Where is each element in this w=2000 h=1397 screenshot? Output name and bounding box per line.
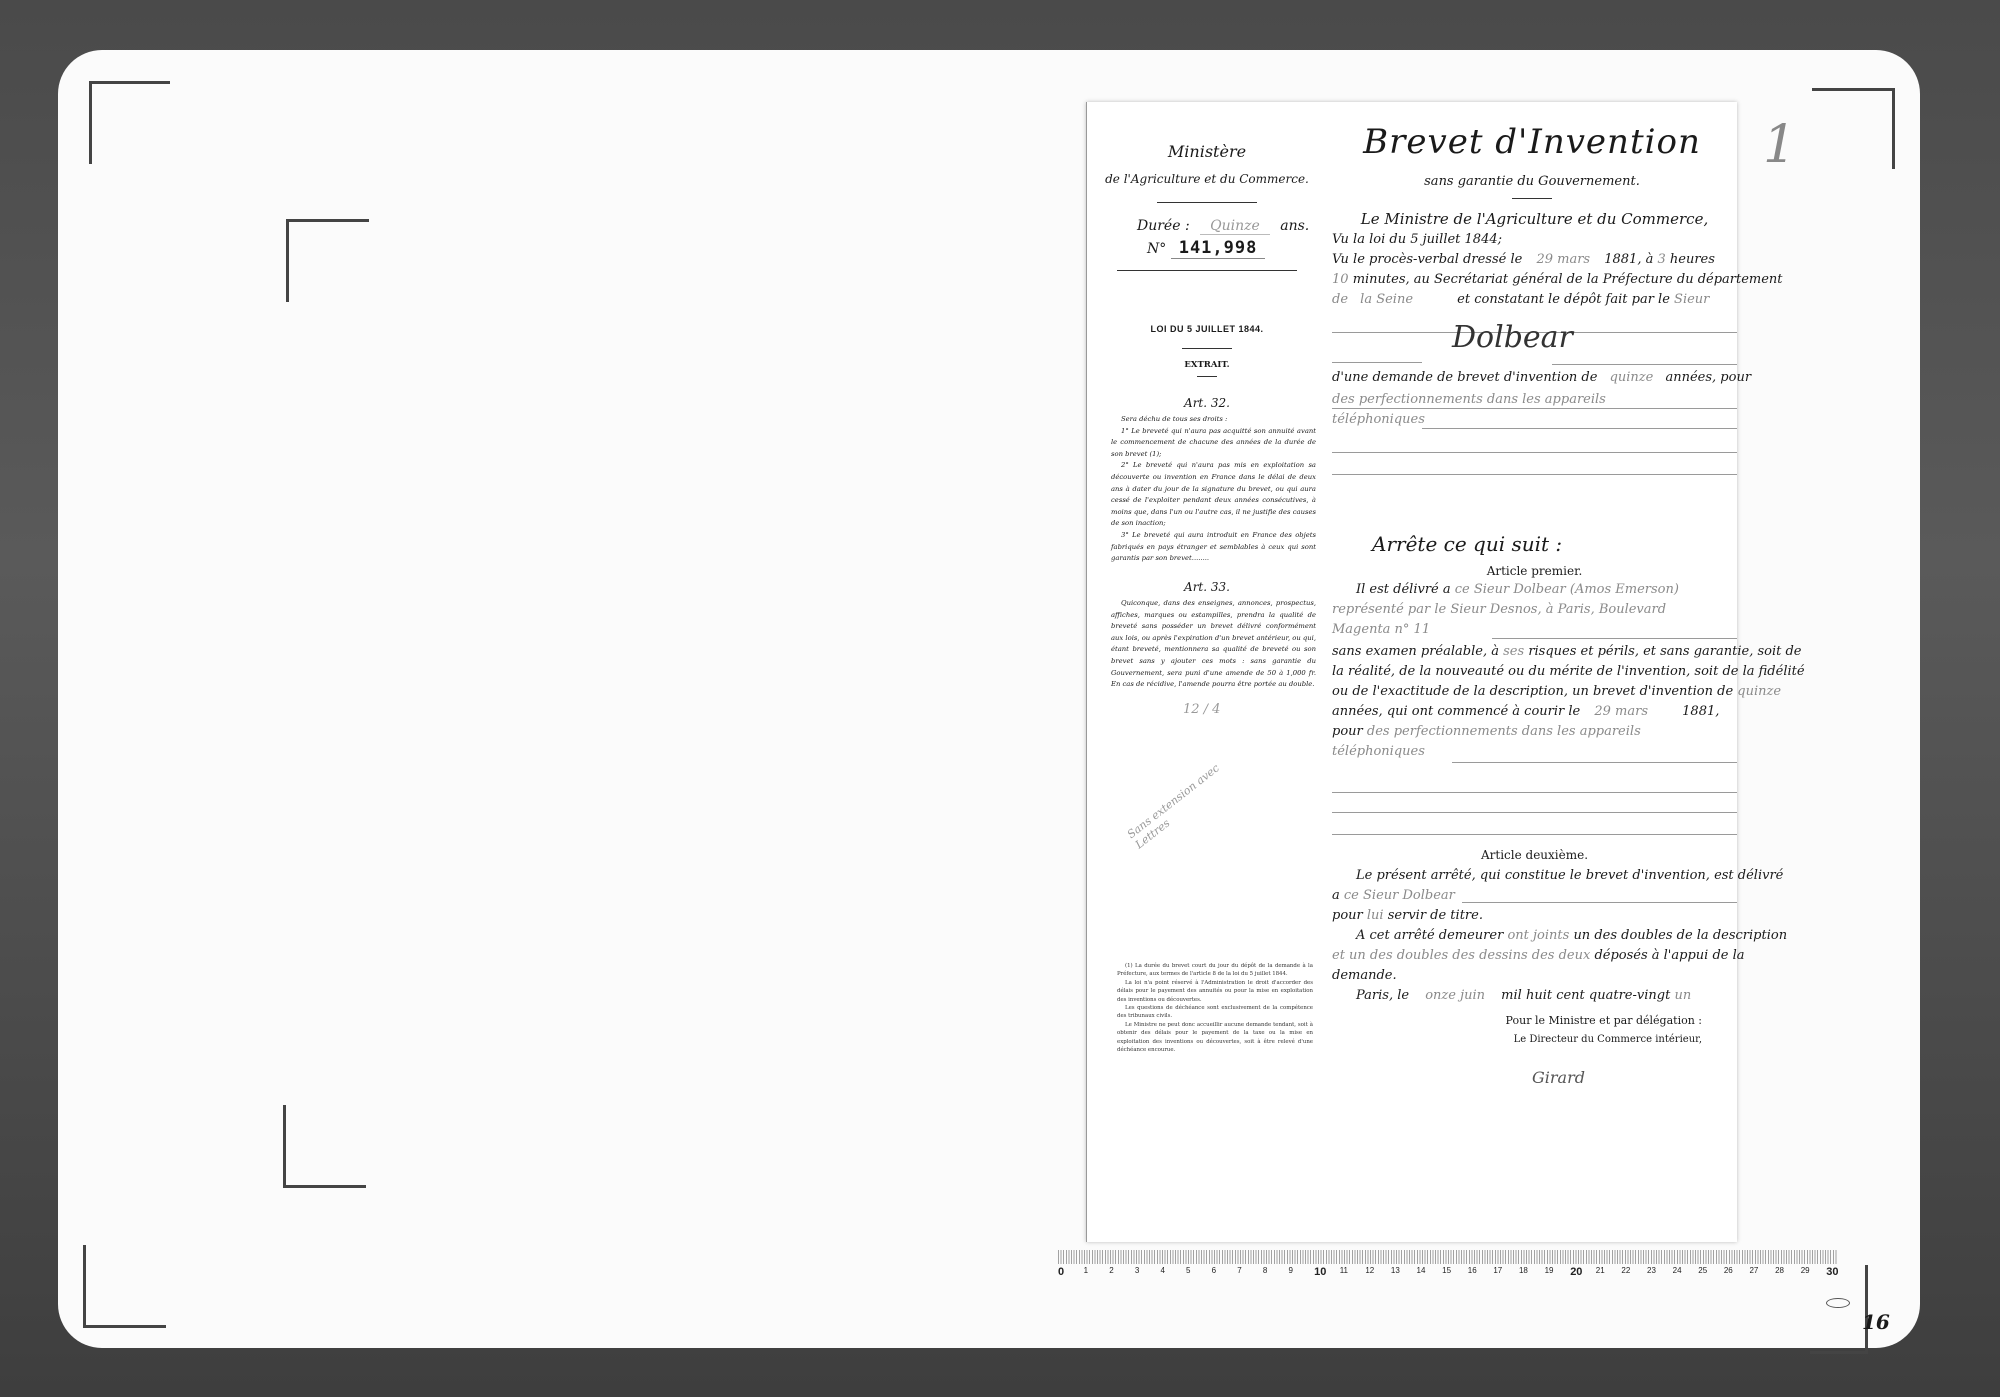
ministry-subtitle: de l'Agriculture et du Commerce. (1087, 172, 1327, 186)
margin-note-diagonal: Sans extension avec Lettres (1125, 739, 1259, 852)
document-title: Brevet d'Invention (1332, 122, 1732, 162)
art33-title: Art. 33. (1087, 580, 1327, 594)
ruler-label: 13 (1391, 1266, 1400, 1275)
ruler-label: 28 (1775, 1266, 1784, 1275)
underline (1492, 638, 1737, 639)
ruler-label: 15 (1442, 1266, 1451, 1275)
art1-line-d-year: 1881, (1682, 704, 1719, 719)
vu-pv-year: 1881, à (1604, 252, 1653, 267)
paris-date: onze juin (1425, 988, 1485, 1003)
ruler-label: 9 (1288, 1266, 1292, 1275)
art2-line-4-suffix: un des doubles de la description (1573, 928, 1787, 943)
art32-p2: 2° Le breveté qui n'aura pas mis en expl… (1111, 460, 1316, 530)
ruler-label: 30 (1826, 1266, 1838, 1278)
departement-line: de la Seine et constatant le dépôt fait … (1332, 292, 1737, 307)
object-line-1: des perfectionnements dans les appareils (1332, 392, 1737, 407)
loi-title: LOI DU 5 JUILLET 1844. (1087, 324, 1327, 334)
art1-line-d-date: 29 mars (1594, 704, 1648, 719)
patent-document-page: Ministère de l'Agriculture et du Commerc… (1086, 102, 1737, 1242)
art1-line-5: la réalité, de la nouveauté ou du mérite… (1332, 664, 1737, 679)
article-premier-title: Article premier. (1332, 564, 1737, 578)
art2-line-1: Le présent arrêté, qui constitue le brev… (1332, 868, 1737, 883)
crop-mark-top-right (1812, 88, 1895, 169)
demande-suffix: années, pour (1665, 370, 1751, 385)
art33-p0: Quiconque, dans des enseignes, annonces,… (1111, 598, 1316, 691)
vu-pv-date: 29 mars (1536, 252, 1590, 267)
ruler-label: 21 (1596, 1266, 1605, 1275)
art1-line-c-years: quinze (1737, 684, 1781, 699)
art2-line-2: a ce Sieur Dolbear (1332, 888, 1737, 903)
ruler-label: 10 (1314, 1266, 1326, 1278)
art2-line-5-suffix: déposés à l'appui de la (1594, 948, 1744, 963)
minutes-text: minutes, au Secrétariat général de la Pr… (1353, 272, 1783, 287)
ruler-label: 0 (1058, 1266, 1064, 1278)
underline (1462, 902, 1737, 903)
art2-line-3-suffix: servir de titre. (1388, 908, 1483, 923)
ruler-label: 8 (1263, 1266, 1267, 1275)
underline (1332, 474, 1737, 475)
folio-number: 16 (1862, 1310, 1890, 1334)
footnote-3: Le Ministre ne peut donc accueillir aucu… (1117, 1021, 1313, 1055)
art2-line-4-prefix: A cet arrêté demeurer (1356, 928, 1503, 943)
ruler-label: 19 (1545, 1266, 1554, 1275)
constatant-text: et constatant le dépôt fait par le (1457, 292, 1670, 307)
duree-field: Durée : Quinze ans. (1137, 218, 1309, 234)
underline (1332, 834, 1737, 835)
art1-line-a-prefix: sans examen préalable, à (1332, 644, 1499, 659)
signature: Girard (1532, 1068, 1937, 1087)
paris-date-line: Paris, le onze juin mil huit cent quatre… (1332, 988, 1737, 1003)
art1-line-1: Il est délivré a ce Sieur Dolbear (Amos … (1332, 582, 1737, 597)
left-column: Ministère de l'Agriculture et du Commerc… (1087, 102, 1327, 1242)
art1-line-c-prefix: ou de l'exactitude de la description, un… (1332, 684, 1733, 699)
footnotes: (1) La durée du brevet court du jour du … (1117, 962, 1313, 1054)
document-subtitle: sans garantie du Gouvernement. (1332, 174, 1732, 189)
art1-line-2: représenté par le Sieur Desnos, à Paris,… (1332, 602, 1737, 617)
minutes-value: 10 (1332, 272, 1349, 287)
footnote-2: Les questions de déchéance sont exclusiv… (1117, 1004, 1313, 1021)
duree-label: Durée : (1137, 218, 1190, 234)
minister-line: Le Ministre de l'Agriculture et du Comme… (1332, 210, 1737, 228)
paris-prefix: Paris, le (1356, 988, 1409, 1003)
ruler-label: 26 (1724, 1266, 1733, 1275)
art2-line-3: pour lui servir de titre. (1332, 908, 1737, 923)
measurement-ruler: 0123456789101112131415161718192021222324… (1058, 1246, 1838, 1286)
crop-mark-inner-bottom-left (283, 1105, 366, 1188)
demande-line: d'une demande de brevet d'invention de q… (1332, 370, 1737, 385)
underline (1422, 428, 1737, 429)
art1-line-d-prefix: années, qui ont commencé à courir le (1332, 704, 1580, 719)
art1-line-7: années, qui ont commencé à courir le 29 … (1332, 704, 1737, 719)
art2-line-4: A cet arrêté demeurer ont joints un des … (1332, 928, 1737, 943)
paris-year-hand: un (1674, 988, 1691, 1003)
pencil-sheet-number: 1 (1763, 115, 1796, 175)
vu-pv-line: Vu le procès-verbal dressé le 29 mars 18… (1332, 252, 1737, 267)
ministry-title: Ministère (1087, 142, 1327, 161)
ruler-label: 4 (1160, 1266, 1164, 1275)
ruler-label: 23 (1647, 1266, 1656, 1275)
duree-unit: ans. (1280, 218, 1309, 234)
vu-pv-hour: 3 (1657, 252, 1665, 267)
art1-line-a-suffix: risques et périls, et sans garantie, soi… (1528, 644, 1801, 659)
art2-line-3-prefix: pour (1332, 908, 1363, 923)
crop-mark-bottom-right (1865, 1265, 1868, 1353)
art1-line-a-ses: ses (1503, 644, 1524, 659)
ruler-label: 5 (1186, 1266, 1190, 1275)
art2-line-1-text: Le présent arrêté, qui constitue le brev… (1356, 868, 1783, 883)
underline (1332, 452, 1737, 453)
art1-line-3: Magenta n° 11 (1332, 622, 1737, 637)
ruler-label: 16 (1468, 1266, 1477, 1275)
crop-mark-bottom-right-h (1810, 1351, 1868, 1354)
patent-number: N° 141,998 (1147, 238, 1265, 258)
art1-object-1: des perfectionnements dans les appareils (1367, 724, 1641, 739)
numero-value: 141,998 (1171, 238, 1266, 259)
ruler-label: 27 (1749, 1266, 1758, 1275)
margin-note-fraction: 12 / 4 (1183, 702, 1220, 717)
art1-line-8: pour des perfectionnements dans les appa… (1332, 724, 1737, 739)
pour-ministre: Pour le Ministre et par délégation : (1506, 1014, 1702, 1027)
underline (1452, 762, 1737, 763)
ruler-label: 12 (1365, 1266, 1374, 1275)
art2-line-5: et un des doubles des dessins des deux d… (1332, 948, 1737, 963)
art2-line-4-hand: ont joints (1507, 928, 1569, 943)
dept-value: la Seine (1360, 292, 1413, 307)
art33-text: Quiconque, dans des enseignes, annonces,… (1111, 598, 1316, 691)
art1-pour: pour (1332, 724, 1363, 739)
ruler-label: 25 (1698, 1266, 1707, 1275)
vu-pv-heure: heures (1670, 252, 1715, 267)
art1-line-4: sans examen préalable, à ses risques et … (1332, 644, 1737, 659)
ornament-rule (1157, 202, 1257, 203)
art1-recipient-1: ce Sieur Dolbear (Amos Emerson) (1455, 582, 1679, 597)
art1-line-6: ou de l'exactitude de la description, un… (1332, 684, 1737, 699)
paris-suffix: mil huit cent quatre-vingt (1501, 988, 1670, 1003)
demande-prefix: d'une demande de brevet d'invention de (1332, 370, 1597, 385)
ruler-label: 6 (1212, 1266, 1216, 1275)
ruler-label: 17 (1493, 1266, 1502, 1275)
ruler-ticks (1058, 1250, 1838, 1264)
applicant-name-hand: Dolbear (1452, 320, 1573, 355)
ruler-label: 18 (1519, 1266, 1528, 1275)
art32-p0: Sera déchu de tous ses droits : (1111, 414, 1316, 426)
ornament-rule (1512, 198, 1552, 199)
ruler-label: 2 (1109, 1266, 1113, 1275)
right-column: Brevet d'Invention sans garantie du Gouv… (1332, 102, 1732, 1242)
ruler-label: 1 (1084, 1266, 1088, 1275)
art1-line-9: téléphoniques (1332, 744, 1737, 759)
minutes-line: 10 minutes, au Secrétariat général de la… (1332, 272, 1737, 287)
art32-title: Art. 32. (1087, 396, 1327, 410)
arrete-heading: Arrête ce qui suit : (1372, 532, 1562, 556)
crop-mark-bottom-left (83, 1245, 166, 1328)
applicant-name: Dolbear (1452, 320, 1857, 355)
rule (1182, 348, 1232, 349)
ruler-label: 24 (1673, 1266, 1682, 1275)
footnote-1: La loi n'a point réservé à l'Administrat… (1117, 979, 1313, 1004)
art1-prefix: Il est délivré a (1356, 582, 1451, 597)
crop-mark-top-left (89, 81, 170, 164)
art32-p3: 3° Le breveté qui aura introduit en Fran… (1111, 530, 1316, 565)
underline (1332, 408, 1737, 409)
underline (1332, 812, 1737, 813)
article-deuxieme-title: Article deuxième. (1332, 848, 1737, 862)
ruler-label: 3 (1135, 1266, 1139, 1275)
rule (1117, 270, 1297, 271)
footnote-0: (1) La durée du brevet court du jour du … (1117, 962, 1313, 979)
ruler-label: 29 (1801, 1266, 1810, 1275)
vu-loi-line: Vu la loi du 5 juillet 1844; (1332, 232, 1737, 247)
demande-years: quinze (1610, 370, 1654, 385)
underline (1332, 362, 1422, 363)
art2-line-2-prefix: a (1332, 888, 1340, 903)
numero-label: N° (1147, 241, 1166, 257)
underline (1552, 364, 1737, 365)
ruler-label: 7 (1237, 1266, 1241, 1275)
vu-pv-prefix: Vu le procès-verbal dressé le (1332, 252, 1522, 267)
ruler-label: 20 (1570, 1266, 1582, 1278)
directeur-title: Le Directeur du Commerce intérieur, (1514, 1034, 1702, 1045)
ruler-label: 22 (1621, 1266, 1630, 1275)
art2-line-2-recipient: ce Sieur Dolbear (1344, 888, 1455, 903)
extrait-heading: EXTRAIT. (1087, 360, 1327, 370)
art32-p1: 1° Le breveté qui n'aura pas acquitté so… (1111, 426, 1316, 461)
art2-line-3-hand: lui (1367, 908, 1384, 923)
art32-text: Sera déchu de tous ses droits : 1° Le br… (1111, 414, 1316, 565)
folio-mark-icon (1826, 1298, 1850, 1308)
dept-prefix: de (1332, 292, 1348, 307)
object-line-2: téléphoniques (1332, 412, 1737, 427)
ruler-label: 11 (1340, 1266, 1348, 1275)
art2-line-5-hand: et un des doubles des dessins des deux (1332, 948, 1590, 963)
art2-line-6: demande. (1332, 968, 1737, 983)
rule (1197, 376, 1217, 377)
duree-value: Quinze (1200, 218, 1270, 235)
sieur-hand: Sieur (1674, 292, 1709, 307)
ruler-label: 14 (1417, 1266, 1426, 1275)
crop-mark-inner-top-left (286, 219, 369, 302)
underline (1332, 792, 1737, 793)
